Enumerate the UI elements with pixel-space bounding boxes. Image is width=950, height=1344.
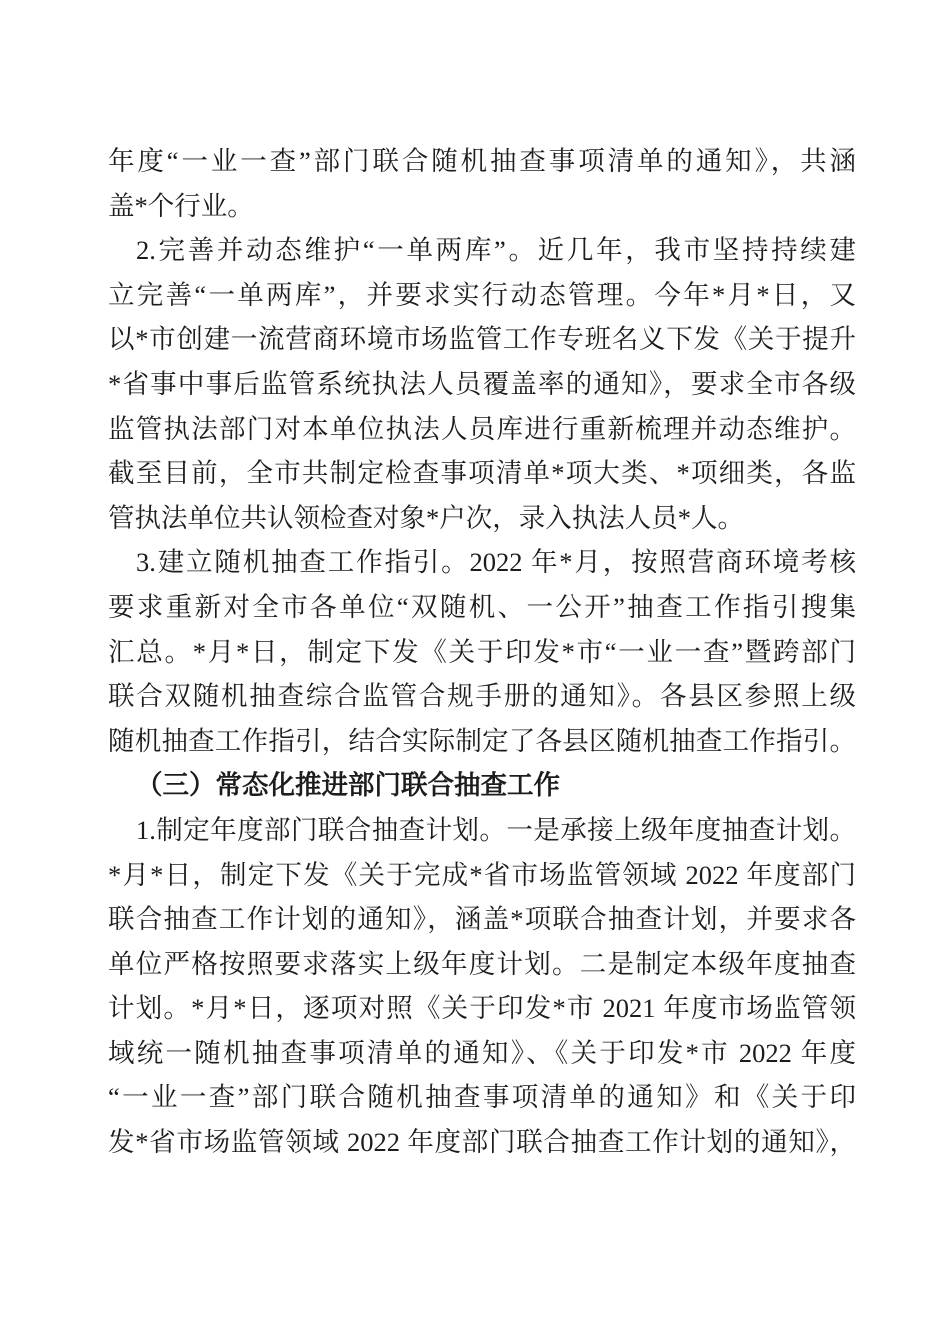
section-heading-text: （三）常态化推进部门联合抽查工作 — [108, 763, 856, 808]
paragraph-item-1: 1.制定年度部门联合抽查计划。一是承接上级年度抽查计划。 *月*日，制定下发《关… — [108, 808, 856, 1165]
text-line: “一业一查”部门联合随机抽查事项清单的通知》和《关于印 — [108, 1075, 856, 1120]
text-line: 1.制定年度部门联合抽查计划。一是承接上级年度抽查计划。 — [108, 808, 856, 853]
text-line: 域统一随机抽查事项清单的通知》、《关于印发*市 2022 年度 — [108, 1031, 856, 1076]
text-line: 发*省市场监管领域 2022 年度部门联合抽查工作计划的通知》， — [108, 1120, 856, 1165]
text-line: 3.建立随机抽查工作指引。2022 年*月，按照营商环境考核 — [108, 540, 856, 585]
text-line: 计划。*月*日，逐项对照《关于印发*市 2021 年度市场监管领 — [108, 986, 856, 1031]
text-line: 汇总。*月*日，制定下发《关于印发*市“一业一查”暨跨部门 — [108, 630, 856, 675]
document-text-block: 年度“一业一查”部门联合随机抽查事项清单的通知》，共涵 盖*个行业。 2.完善并… — [108, 139, 856, 1165]
text-line: 监管执法部门对本单位执法人员库进行重新梳理并动态维护。 — [108, 407, 856, 452]
text-line: 联合双随机抽查综合监管合规手册的通知》。各县区参照上级 — [108, 674, 856, 719]
paragraph-continuation: 年度“一业一查”部门联合随机抽查事项清单的通知》，共涵 盖*个行业。 — [108, 139, 856, 228]
section-heading: （三）常态化推进部门联合抽查工作 — [108, 763, 856, 808]
text-line: 盖*个行业。 — [108, 184, 856, 229]
text-line: 立完善“一单两库”，并要求实行动态管理。今年*月*日，又 — [108, 273, 856, 318]
text-line: 联合抽查工作计划的通知》，涵盖*项联合抽查计划，并要求各 — [108, 897, 856, 942]
text-line: 管执法单位共认领检查对象*户次，录入执法人员*人。 — [108, 496, 856, 541]
text-line: 随机抽查工作指引，结合实际制定了各县区随机抽查工作指引。 — [108, 719, 856, 764]
paragraph-item-3: 3.建立随机抽查工作指引。2022 年*月，按照营商环境考核 要求重新对全市各单… — [108, 540, 856, 763]
text-line: 以*市创建一流营商环境市场监管工作专班名义下发《关于提升 — [108, 317, 856, 362]
text-line: 单位严格按照要求落实上级年度计划。二是制定本级年度抽查 — [108, 942, 856, 987]
document-page: 年度“一业一查”部门联合随机抽查事项清单的通知》，共涵 盖*个行业。 2.完善并… — [0, 0, 950, 1344]
text-line: 截至目前，全市共制定检查事项清单*项大类、*项细类，各监 — [108, 451, 856, 496]
text-line: 要求重新对全市各单位“双随机、一公开”抽查工作指引搜集 — [108, 585, 856, 630]
text-line: 年度“一业一查”部门联合随机抽查事项清单的通知》，共涵 — [108, 139, 856, 184]
paragraph-item-2: 2.完善并动态维护“一单两库”。近几年，我市坚持持续建 立完善“一单两库”，并要… — [108, 228, 856, 540]
text-line: *省事中事后监管系统执法人员覆盖率的通知》，要求全市各级 — [108, 362, 856, 407]
text-line: 2.完善并动态维护“一单两库”。近几年，我市坚持持续建 — [108, 228, 856, 273]
text-line: *月*日，制定下发《关于完成*省市场监管领域 2022 年度部门 — [108, 853, 856, 898]
